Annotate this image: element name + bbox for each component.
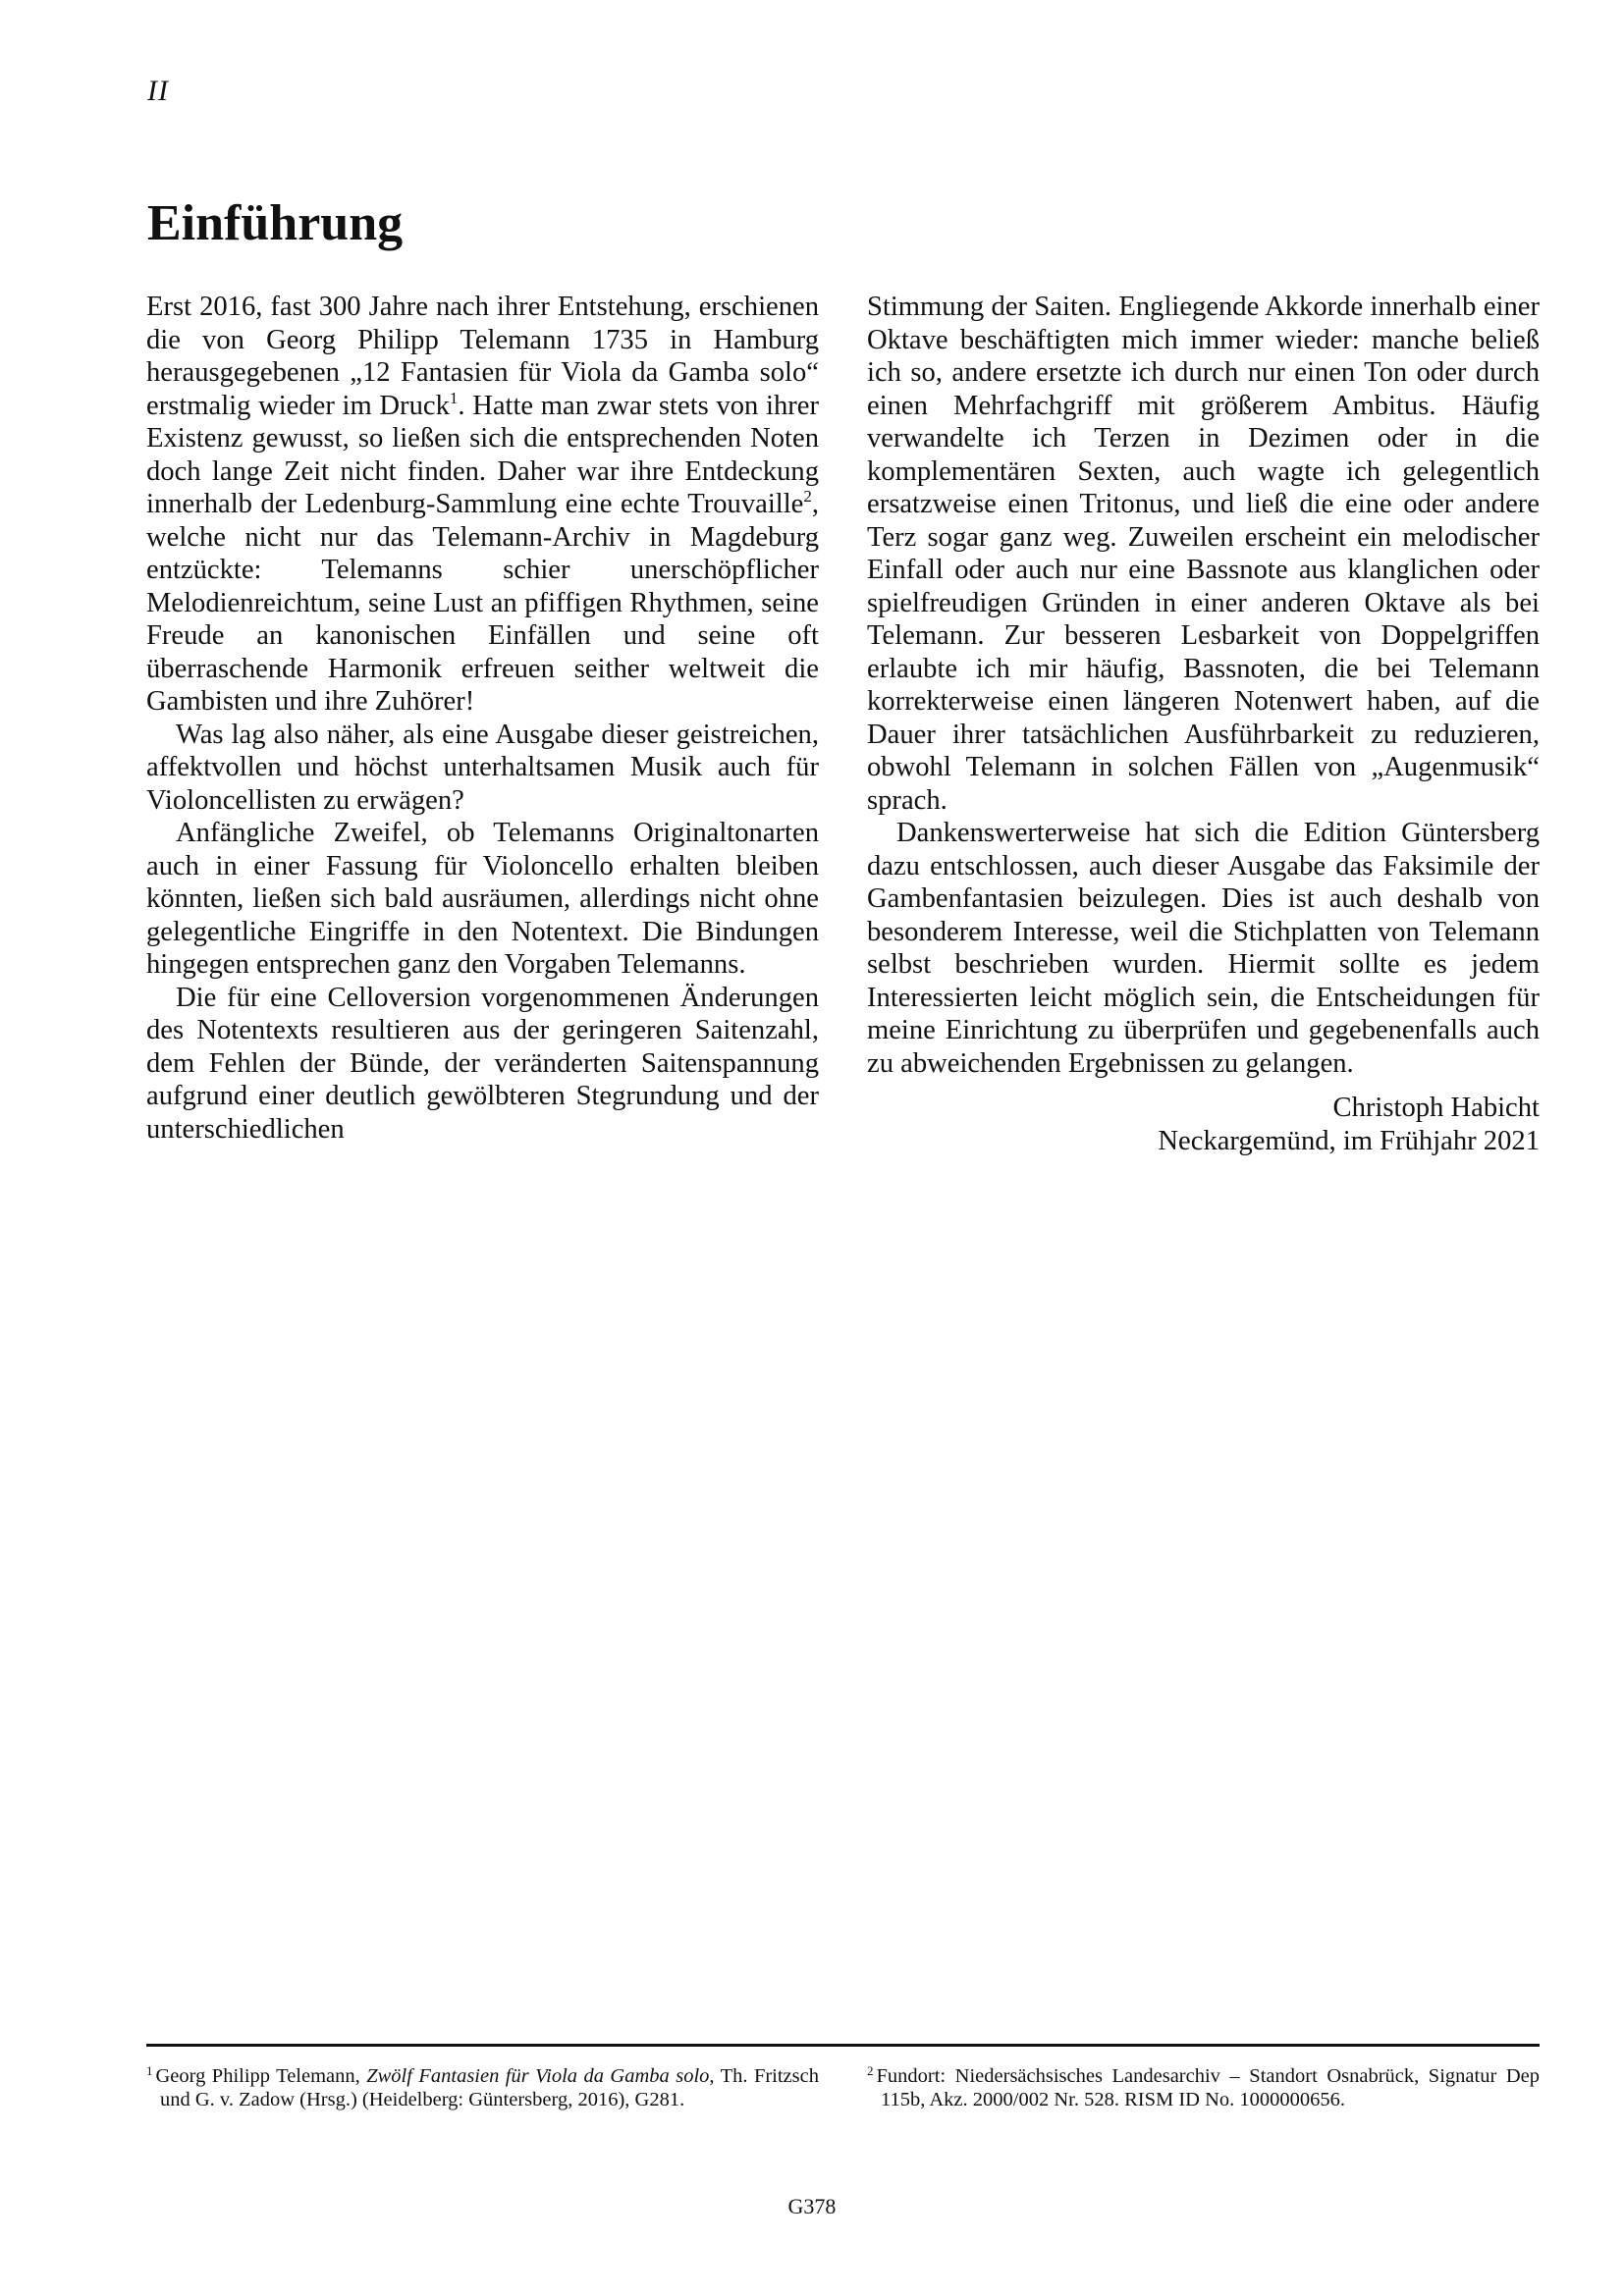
footnote-ref-2[interactable]: 2 — [803, 487, 812, 506]
paragraph-question: Was lag also näher, als eine Ausgabe die… — [146, 719, 819, 818]
paragraph-text: , welche nicht nur das Telemann-Archiv i… — [146, 489, 819, 717]
page-roman-numeral: II — [147, 77, 169, 106]
footnote-text: Fundort: Niedersächsisches Landesarchiv … — [877, 2065, 1541, 2110]
footnotes-right: 2Fundort: Niedersächsisches Landesarchiv… — [867, 2065, 1540, 2111]
footnote-number: 1 — [146, 2063, 153, 2078]
page-title: Einführung — [147, 198, 403, 249]
footnote-title-italic: Zwölf Fantasien für Viola da Gamba solo — [366, 2065, 709, 2087]
footnote-1: 1Georg Philipp Telemann, Zwölf Fantasien… — [146, 2065, 819, 2111]
place-date: Neckargemünd, im Frühjahr 2021 — [867, 1125, 1540, 1158]
paragraph-changes-continued: Stimmung der Saiten. Engliegende Akkorde… — [867, 291, 1540, 817]
footnote-text: Georg Philipp Telemann, — [156, 2065, 367, 2087]
paragraph-facsimile: Dankenswerterweise hat sich die Edition … — [867, 817, 1540, 1080]
page-number: G378 — [0, 2196, 1624, 2217]
footnote-2: 2Fundort: Niedersächsisches Landesarchiv… — [867, 2065, 1540, 2111]
footnote-number: 2 — [867, 2063, 874, 2078]
left-text-column: Erst 2016, fast 300 Jahre nach ihrer Ent… — [146, 291, 819, 1146]
right-text-column: Stimmung der Saiten. Engliegende Akkorde… — [867, 291, 1540, 1157]
author-name: Christoph Habicht — [867, 1092, 1540, 1125]
footnotes-left: 1Georg Philipp Telemann, Zwölf Fantasien… — [146, 2065, 819, 2111]
paragraph-doubts: Anfängliche Zweifel, ob Telemanns Origin… — [146, 817, 819, 982]
signature-block: Christoph Habicht Neckargemünd, im Frühj… — [867, 1092, 1540, 1157]
paragraph-changes: Die für eine Celloversion vorgenommenen … — [146, 982, 819, 1147]
footnote-divider — [146, 2044, 1540, 2047]
paragraph-intro: Erst 2016, fast 300 Jahre nach ihrer Ent… — [146, 291, 819, 719]
